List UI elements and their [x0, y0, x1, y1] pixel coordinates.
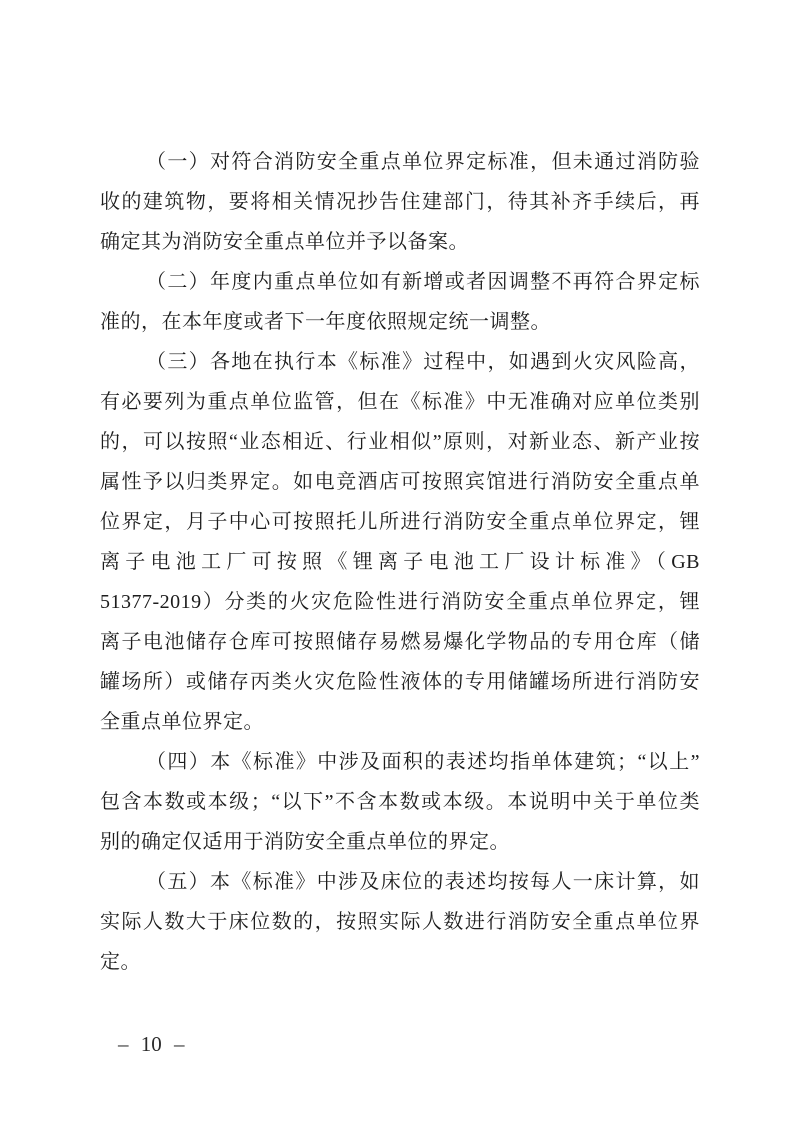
text-line: 确定其为消防安全重点单位并予以备案。: [100, 222, 700, 262]
text-line: 准的，在本年度或者下一年度依照规定统一调整。: [100, 302, 700, 342]
text-line: 51377-2019）分类的火灾危险性进行消防安全重点单位界定，锂: [100, 582, 700, 622]
page-number: – 10 –: [118, 1031, 185, 1057]
paragraph: （五）本《标准》中涉及床位的表述均按每人一床计算，如实际人数大于床位数的，按照实…: [100, 862, 700, 982]
text-line: （四）本《标准》中涉及面积的表述均指单体建筑；“以上”: [100, 742, 700, 782]
text-line: （五）本《标准》中涉及床位的表述均按每人一床计算，如: [100, 862, 700, 902]
document-body: （一）对符合消防安全重点单位界定标准，但未通过消防验收的建筑物，要将相关情况抄告…: [100, 142, 700, 982]
text-line: 罐场所）或储存丙类火灾危险性液体的专用储罐场所进行消防安: [100, 662, 700, 702]
text-line: 别的确定仅适用于消防安全重点单位的界定。: [100, 822, 700, 862]
paragraph: （二）年度内重点单位如有新增或者因调整不再符合界定标准的，在本年度或者下一年度依…: [100, 262, 700, 342]
paragraph: （四）本《标准》中涉及面积的表述均指单体建筑；“以上”包含本数或本级；“以下”不…: [100, 742, 700, 862]
text-line: （三）各地在执行本《标准》过程中，如遇到火灾风险高，: [100, 342, 700, 382]
text-line: 全重点单位界定。: [100, 702, 700, 742]
text-line: 收的建筑物，要将相关情况抄告住建部门，待其补齐手续后，再: [100, 182, 700, 222]
text-line: 实际人数大于床位数的，按照实际人数进行消防安全重点单位界: [100, 902, 700, 942]
document-page: （一）对符合消防安全重点单位界定标准，但未通过消防验收的建筑物，要将相关情况抄告…: [0, 0, 793, 1122]
paragraph: （三）各地在执行本《标准》过程中，如遇到火灾风险高，有必要列为重点单位监管，但在…: [100, 342, 700, 742]
text-line: 有必要列为重点单位监管，但在《标准》中无准确对应单位类别: [100, 382, 700, 422]
text-line: 离子电池储存仓库可按照储存易燃易爆化学物品的专用仓库（储: [100, 622, 700, 662]
text-line: 位界定，月子中心可按照托儿所进行消防安全重点单位界定，锂: [100, 502, 700, 542]
text-line: 包含本数或本级；“以下”不含本数或本级。本说明中关于单位类: [100, 782, 700, 822]
text-line: 离子电池工厂可按照《锂离子电池工厂设计标准》（GB: [100, 542, 700, 582]
text-line: 的，可以按照“业态相近、行业相似”原则，对新业态、新产业按: [100, 422, 700, 462]
paragraph: （一）对符合消防安全重点单位界定标准，但未通过消防验收的建筑物，要将相关情况抄告…: [100, 142, 700, 262]
text-line: 定。: [100, 942, 700, 982]
text-line: （一）对符合消防安全重点单位界定标准，但未通过消防验: [100, 142, 700, 182]
text-line: 属性予以归类界定。如电竞酒店可按照宾馆进行消防安全重点单: [100, 462, 700, 502]
text-line: （二）年度内重点单位如有新增或者因调整不再符合界定标: [100, 262, 700, 302]
